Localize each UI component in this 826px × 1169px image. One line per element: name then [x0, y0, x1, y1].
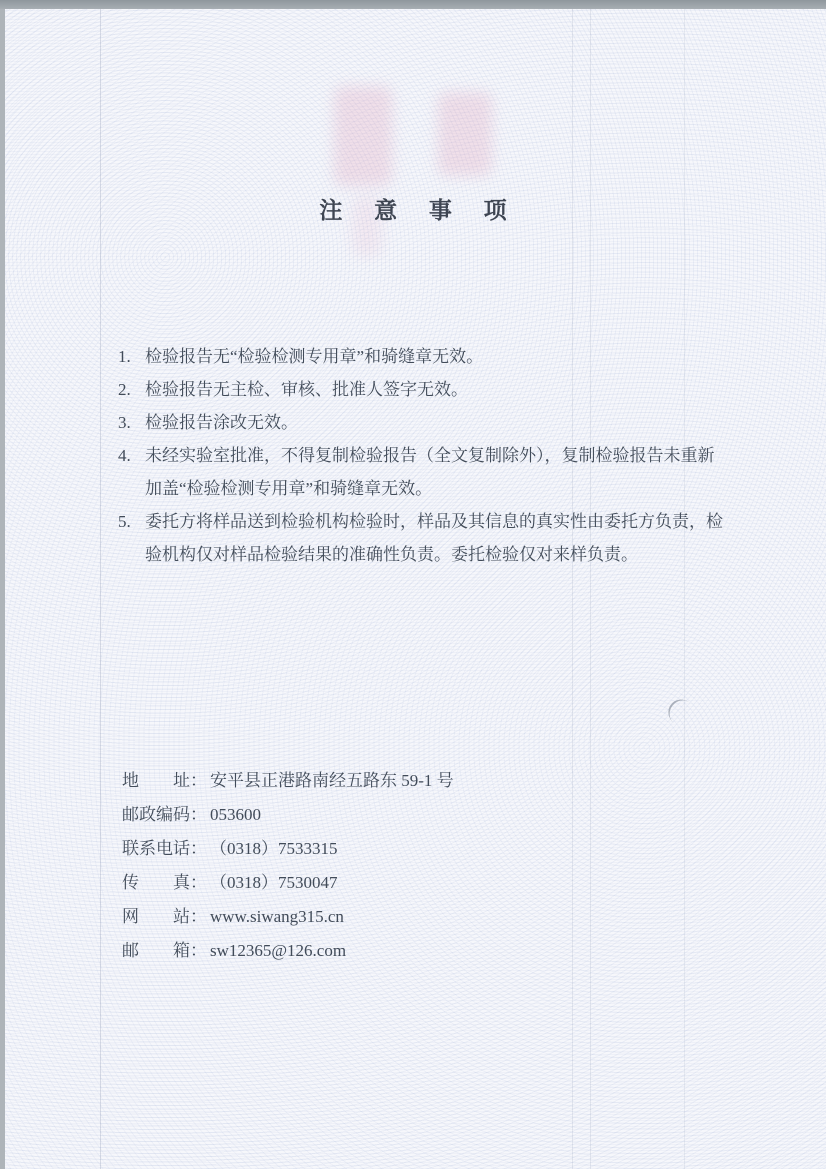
contact-value: （0318）7533315 [207, 832, 338, 866]
contact-label: 地 址： [122, 764, 207, 798]
contact-label: 邮政编码： [122, 798, 207, 832]
contact-label: 联系电话： [122, 832, 207, 866]
note-item: 3. 检验报告涂改无效。 [118, 406, 738, 439]
note-item: 2. 检验报告无主检、审核、批准人签字无效。 [118, 373, 738, 406]
scanned-page: 注 意 事 项 1. 检验报告无“检验检测专用章”和骑缝章无效。 2. 检验报告… [0, 0, 826, 1169]
note-text: 检验报告无“检验检测专用章”和骑缝章无效。 [145, 340, 725, 373]
contact-row-postcode: 邮政编码： 053600 [122, 798, 682, 832]
note-number: 1. [118, 340, 145, 373]
note-text: 检验报告涂改无效。 [145, 406, 725, 439]
scanner-edge-left [0, 9, 5, 1169]
page-title: 注 意 事 项 [0, 192, 826, 225]
note-item: 4. 未经实验室批准，不得复制检验报告（全文复制除外），复制检验报告未重新加盖“… [118, 439, 738, 505]
contact-row-phone: 联系电话： （0318）7533315 [122, 832, 682, 866]
note-number: 4. [118, 439, 145, 472]
contact-row-fax: 传 真： （0318）7530047 [122, 866, 682, 900]
contact-block: 地 址： 安平县正港路南经五路东 59-1 号 邮政编码： 053600 联系电… [122, 764, 682, 968]
notice-list: 1. 检验报告无“检验检测专用章”和骑缝章无效。 2. 检验报告无主检、审核、批… [118, 340, 738, 571]
note-number: 5. [118, 505, 145, 538]
fold-line-center-1 [572, 9, 573, 1169]
fold-line-right [684, 9, 685, 1169]
contact-value: sw12365@126.com [207, 934, 346, 968]
note-text: 检验报告无主检、审核、批准人签字无效。 [145, 373, 725, 406]
note-text: 未经实验室批准，不得复制检验报告（全文复制除外），复制检验报告未重新加盖“检验检… [145, 439, 725, 505]
contact-label: 邮 箱： [122, 934, 207, 968]
note-number: 2. [118, 373, 145, 406]
note-number: 3. [118, 406, 145, 439]
note-text: 委托方将样品送到检验机构检验时，样品及其信息的真实性由委托方负责，检验机构仅对样… [145, 505, 725, 571]
note-item: 1. 检验报告无“检验检测专用章”和骑缝章无效。 [118, 340, 738, 373]
note-item: 5. 委托方将样品送到检验机构检验时，样品及其信息的真实性由委托方负责，检验机构… [118, 505, 738, 571]
crease-mark [663, 694, 701, 732]
contact-value: 053600 [207, 798, 261, 832]
stamp-bleedthrough-right [438, 92, 492, 176]
fold-line-center-2 [590, 9, 591, 1169]
contact-row-website: 网 站： www.siwang315.cn [122, 900, 682, 934]
contact-label: 传 真： [122, 866, 207, 900]
contact-value: www.siwang315.cn [207, 900, 344, 934]
contact-row-email: 邮 箱： sw12365@126.com [122, 934, 682, 968]
contact-value: 安平县正港路南经五路东 59-1 号 [207, 764, 454, 798]
contact-row-address: 地 址： 安平县正港路南经五路东 59-1 号 [122, 764, 682, 798]
stamp-bleedthrough-left [334, 86, 392, 186]
contact-label: 网 站： [122, 900, 207, 934]
contact-value: （0318）7530047 [207, 866, 338, 900]
fold-line-left [100, 9, 101, 1169]
scanner-edge-top [0, 0, 826, 9]
